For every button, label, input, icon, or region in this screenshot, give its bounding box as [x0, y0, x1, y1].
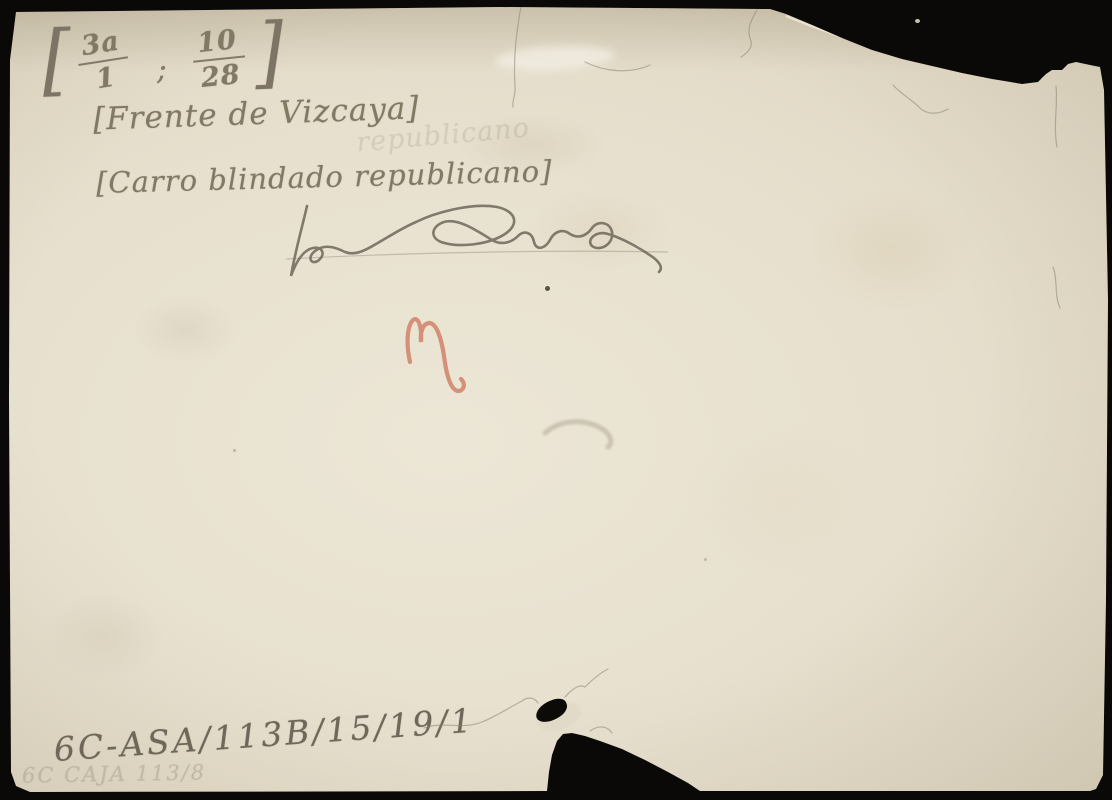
dust-speck	[915, 19, 920, 23]
photo-paper: [ 3a 1 ; 10 28 ] republicano [Frente de …	[0, 0, 1112, 800]
paper-cracks	[424, 6, 1060, 733]
smudge-arc	[545, 422, 611, 447]
signature-scrawl	[291, 206, 661, 276]
torn-edge-highlight	[786, 16, 1043, 82]
pencil-marks-layer	[0, 0, 1112, 800]
red-crayon-mark	[408, 319, 464, 391]
photo-verso-scan: [ 3a 1 ; 10 28 ] republicano [Frente de …	[0, 0, 1112, 800]
